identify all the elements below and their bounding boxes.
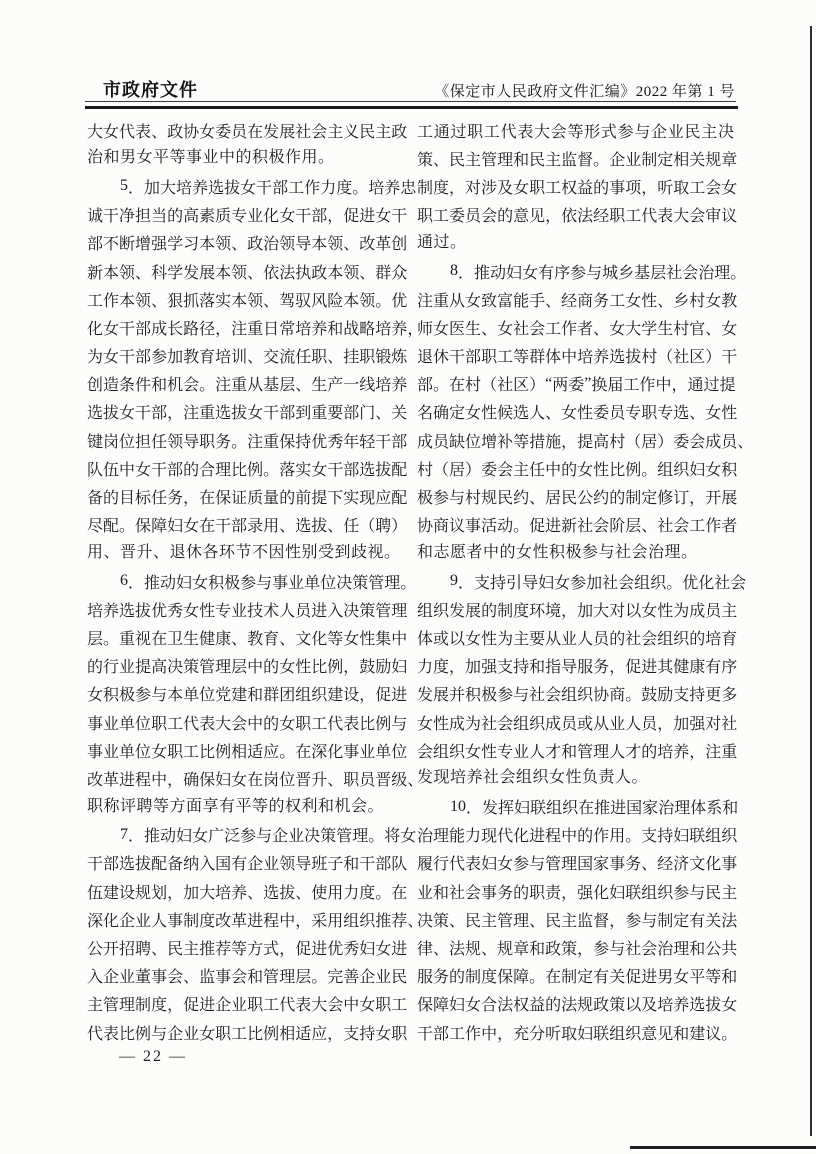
text-line: 工作本领、狠抓落实本领、驾驭风险本领。优 <box>87 285 403 313</box>
text-line: 队伍中女干部的合理比例。落实女干部选拔配 <box>87 454 403 482</box>
text-line: 层。重视在卫生健康、教育、文化等女性集中 <box>87 623 403 651</box>
text-line: 事业单位女职工比例相适应。在深化事业单位 <box>87 736 403 764</box>
text-line: 保障妇女合法权益的法规政策以及培养选拔女 <box>417 990 734 1018</box>
text-line: 发展并积极参与社会组织协商。鼓励支持更多 <box>417 680 734 708</box>
text-line: 伍建设规划，加大培养、选拔、使用力度。在 <box>87 877 403 905</box>
text-line: 入企业董事会、监事会和管理层。完善企业民 <box>87 962 403 990</box>
text-line: 键岗位担任领导职务。注重保持优秀年轻干部 <box>87 426 403 454</box>
text-line: 部不断增强学习本领、政治领导本领、改革创 <box>87 229 403 257</box>
text-line: 发现培养社会组织女性负责人。 <box>417 764 734 792</box>
text-line: 用、晋升、退休各环节不因性别受到歧视。 <box>87 539 403 567</box>
text-line: 村（居）委会主任中的女性比例。组织妇女积 <box>417 454 734 482</box>
text-line: 和志愿者中的女性积极参与社会治理。 <box>417 539 734 567</box>
text-line: 创造条件和机会。注重从基层、生产一线培养 <box>87 370 403 398</box>
text-line: 会组织女性专业人才和管理人才的培养，注重 <box>417 736 734 764</box>
text-line: 的行业提高决策管理层中的女性比例，鼓励妇 <box>87 652 403 680</box>
text-line: 为女干部参加教育培训、交流任职、挂职锻炼 <box>87 342 403 370</box>
text-line: 职工委员会的意见，依法经职工代表大会审议 <box>417 201 734 229</box>
text-line: 6．推动妇女积极参与事业单位决策管理。 <box>87 567 403 595</box>
text-line: 女积极参与本单位党建和群团组织建设，促进 <box>87 680 403 708</box>
text-line: 组织发展的制度环境，加大对以女性为成员主 <box>417 595 734 623</box>
text-line: 尽配。保障妇女在干部录用、选拔、任（聘） <box>87 511 403 539</box>
text-line: 师女医生、女社会工作者、女大学生村官、女 <box>417 313 734 341</box>
text-line: 极参与村规民约、居民公约的制定修订，开展 <box>417 482 734 510</box>
page-header: 市政府文件 《保定市人民政府文件汇编》2022 年第 1 号 <box>85 76 735 102</box>
text-line: 诚干净担当的高素质专业化女干部，促进女干 <box>87 201 403 229</box>
text-line: 事业单位职工代表大会中的女职工代表比例与 <box>87 708 403 736</box>
text-line: 培养选拔优秀女性专业技术人员进入决策管理 <box>87 595 403 623</box>
text-line: 新本领、科学发展本领、依法执政本领、群众 <box>87 257 403 285</box>
text-line: 化女干部成长路径，注重日常培养和战略培养， <box>87 313 403 341</box>
text-line: 服务的制度保障。在制定有关促进男女平等和 <box>417 962 734 990</box>
text-line: 力度，加强支持和指导服务，促进其健康有序 <box>417 652 734 680</box>
text-line: 体或以女性为主要从业人员的社会组织的培育 <box>417 623 734 651</box>
text-line: 改革进程中，确保妇女在岗位晋升、职员晋级、 <box>87 764 403 792</box>
text-line: 通过。 <box>417 229 734 257</box>
text-line: 业和社会事务的职责，强化妇联组织参与民主 <box>417 877 734 905</box>
text-line: 9．支持引导妇女参加社会组织。优化社会 <box>417 567 734 595</box>
edition-label: 《保定市人民政府文件汇编》2022 年第 1 号 <box>434 80 735 102</box>
header-rule-thick <box>85 106 738 109</box>
text-line: 治和男女平等事业中的积极作用。 <box>87 144 403 172</box>
text-line: 8．推动妇女有序参与城乡基层社会治理。 <box>417 257 734 285</box>
text-line: 注重从女致富能手、经商务工女性、乡村女教 <box>417 285 734 313</box>
text-line: 协商议事活动。促进新社会阶层、社会工作者 <box>417 511 734 539</box>
text-line: 5．加大培养选拔女干部工作力度。培养忠 <box>87 172 403 200</box>
text-line: 选拔女干部，注重选拔女干部到重要部门、关 <box>87 398 403 426</box>
text-line: 10．发挥妇联组织在推进国家治理体系和 <box>417 793 734 821</box>
scan-edge-right-line <box>810 26 812 1136</box>
text-line: 备的目标任务，在保证质量的前提下实现应配 <box>87 482 403 510</box>
text-line: 履行代表妇女参与管理国家事务、经济文化事 <box>417 849 734 877</box>
section-label: 市政府文件 <box>85 76 198 102</box>
text-line: 代表比例与企业女职工比例相适应，支持女职 <box>87 1018 403 1046</box>
text-line: 工通过职工代表大会等形式参与企业民主决 <box>417 116 734 144</box>
text-line: 策、民主管理和民主监督。企业制定相关规章 <box>417 144 734 172</box>
text-line: 律、法规、规章和政策，参与社会治理和公共 <box>417 933 734 961</box>
text-column-left: 大女代表、政协女委员在发展社会主义民主政治和男女平等事业中的积极作用。5．加大培… <box>87 116 403 1046</box>
text-line: 制度，对涉及女职工权益的事项，听取工会女 <box>417 172 734 200</box>
text-line: 部。在村（社区）“两委”换届工作中，通过提 <box>417 370 734 398</box>
text-column-right: 工通过职工代表大会等形式参与企业民主决策、民主管理和民主监督。企业制定相关规章制… <box>417 116 734 1046</box>
text-line: 深化企业人事制度改革进程中，采用组织推荐、 <box>87 905 403 933</box>
scan-edge-bottom-line <box>630 1146 816 1149</box>
header-rule-thin <box>85 101 736 102</box>
text-line: 名确定女性候选人、女性委员专职专选、女性 <box>417 398 734 426</box>
text-line: 干部选拔配备纳入国有企业领导班子和干部队 <box>87 849 403 877</box>
text-line: 公开招聘、民主推荐等方式，促进优秀妇女进 <box>87 933 403 961</box>
text-line: 主管理制度，促进企业职工代表大会中女职工 <box>87 990 403 1018</box>
text-line: 7．推动妇女广泛参与企业决策管理。将女 <box>87 821 403 849</box>
page-number: — 22 — <box>119 1048 187 1066</box>
text-line: 干部工作中，充分听取妇联组织意见和建议。 <box>417 1018 734 1046</box>
document-page: 市政府文件 《保定市人民政府文件汇编》2022 年第 1 号 大女代表、政协女委… <box>0 0 816 1154</box>
text-line: 职称评聘等方面享有平等的权利和机会。 <box>87 793 403 821</box>
text-line: 女性成为社会组织成员或从业人员，加强对社 <box>417 708 734 736</box>
text-line: 治理能力现代化进程中的作用。支持妇联组织 <box>417 821 734 849</box>
text-line: 退休干部职工等群体中培养选拔村（社区）干 <box>417 342 734 370</box>
text-line: 成员缺位增补等措施，提高村（居）委会成员、 <box>417 426 734 454</box>
text-line: 决策、民主管理、民主监督，参与制定有关法 <box>417 905 734 933</box>
text-line: 大女代表、政协女委员在发展社会主义民主政 <box>87 116 403 144</box>
